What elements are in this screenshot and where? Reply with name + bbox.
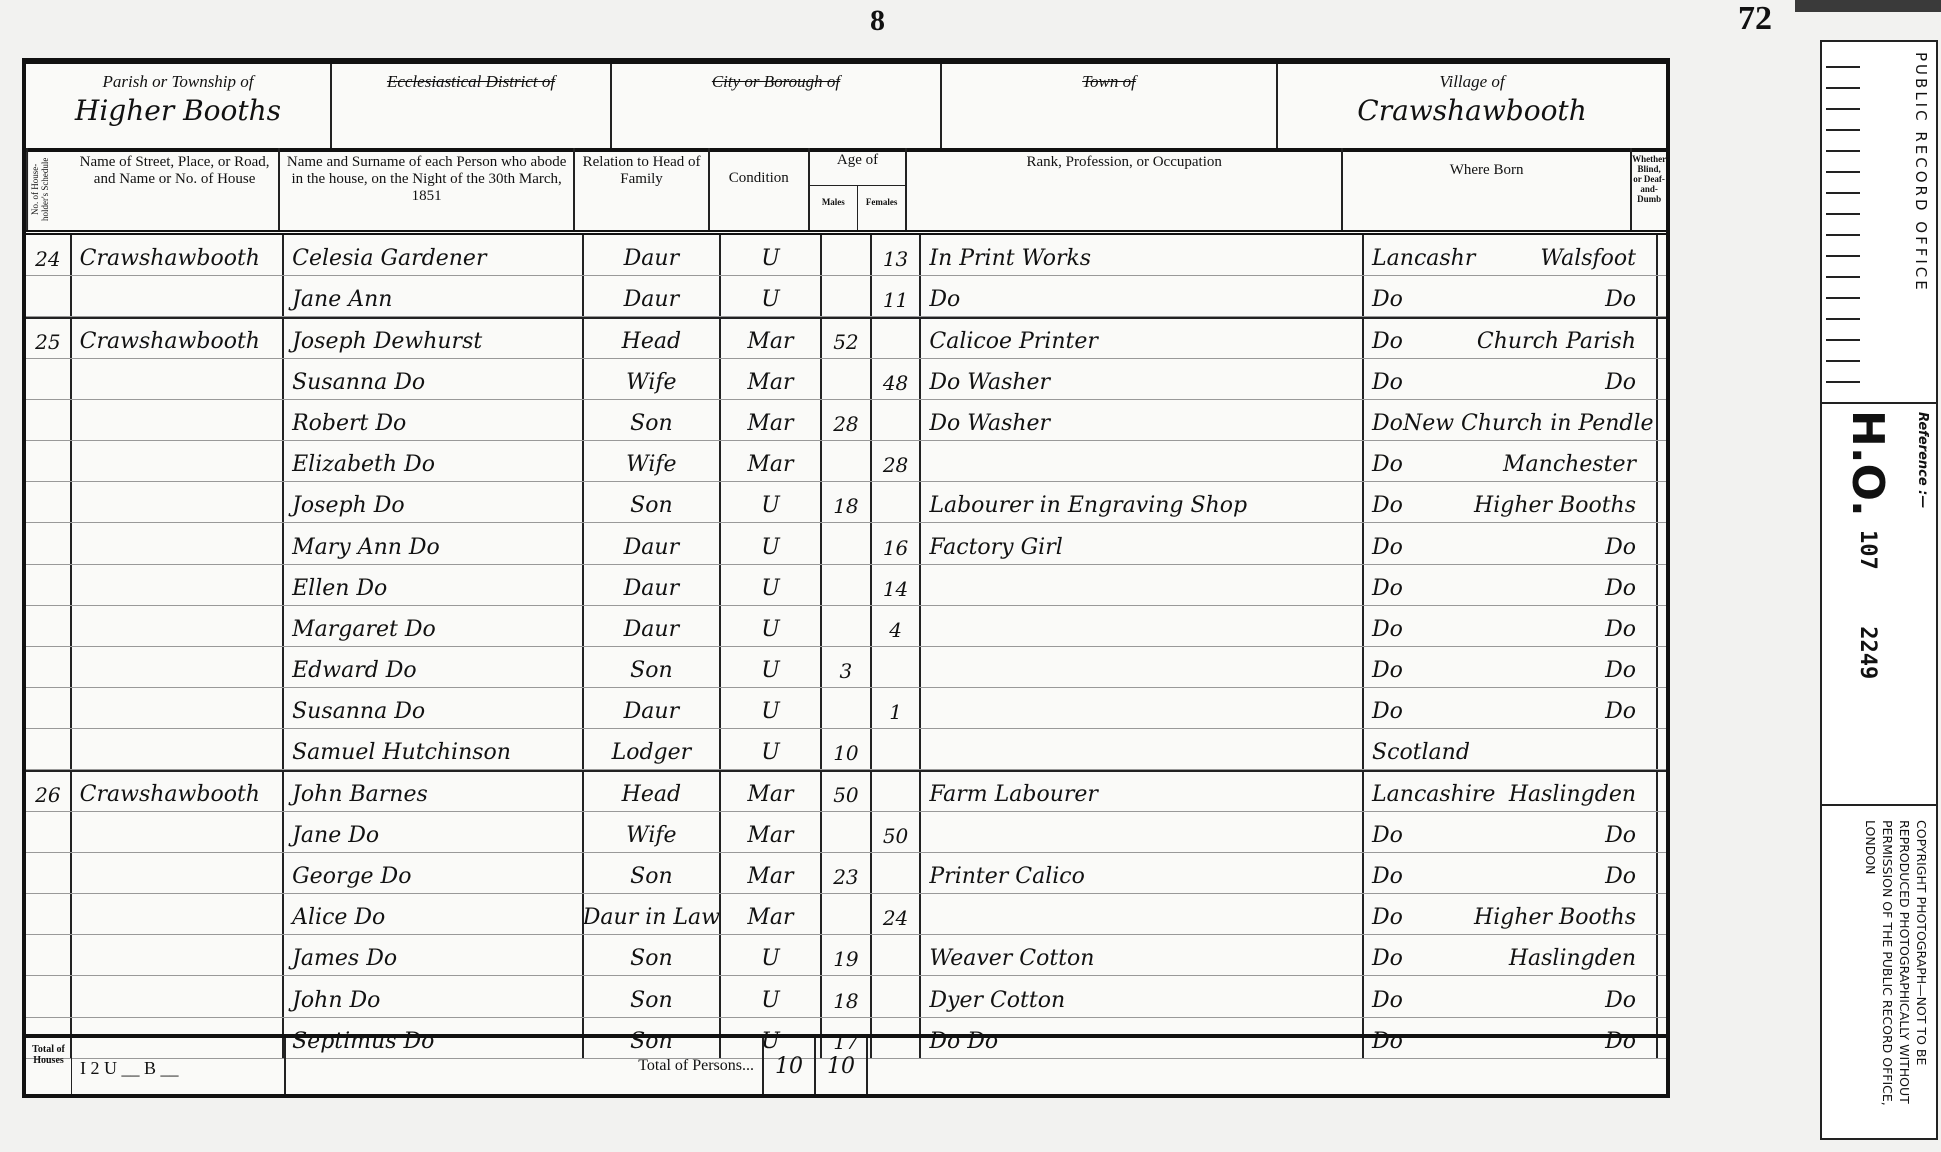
where-born: DoNew Church in Pendle [1364, 400, 1658, 440]
street-name [72, 359, 284, 399]
blind-deaf [1658, 729, 1666, 769]
blind-deaf [1658, 482, 1666, 522]
blind-deaf [1658, 606, 1666, 646]
female-age [872, 647, 922, 687]
occupation [921, 565, 1364, 605]
where-born: DoHigher Booths [1364, 482, 1658, 522]
col-males: Males [810, 186, 858, 230]
archive-reference-strip: PUBLIC RECORD OFFICE Reference :— H.O. 1… [1820, 40, 1938, 1140]
col-where-born: Where Born [1343, 148, 1632, 230]
occupation [921, 647, 1364, 687]
male-age [822, 565, 872, 605]
table-row: Edward DoSonU3DoDo [26, 647, 1666, 688]
occupation [921, 729, 1364, 769]
born-county: Do [1372, 535, 1403, 560]
occupation [921, 894, 1364, 934]
street-name [72, 729, 284, 769]
schedule-number [26, 894, 72, 934]
schedule-number [26, 729, 72, 769]
copyright-notice: COPYRIGHT PHOTOGRAPH—NOT TO BE REPRODUCE… [1828, 820, 1930, 1138]
where-born: DoDo [1364, 359, 1658, 399]
blind-deaf [1658, 688, 1666, 728]
relation: Daur [584, 565, 721, 605]
table-row: Jane DoWifeMar50DoDo [26, 812, 1666, 853]
where-born: DoDo [1364, 976, 1658, 1016]
born-place: Do [1605, 988, 1636, 1013]
relation: Daur [584, 276, 721, 316]
born-place: Do [1605, 864, 1636, 889]
table-row: Robert DoSonMar28Do WasherDoNew Church i… [26, 400, 1666, 441]
condition: U [721, 235, 822, 275]
col-age: Age of Males Females [810, 148, 908, 230]
female-age: 13 [872, 235, 922, 275]
occupation: Weaver Cotton [921, 935, 1364, 975]
location-header: Parish or Township of Higher Booths Eccl… [26, 64, 1666, 152]
archive-title: PUBLIC RECORD OFFICE [1912, 52, 1930, 293]
col-blind: Whether Blind, or Deaf-and-Dumb [1632, 148, 1666, 230]
blind-deaf [1658, 647, 1666, 687]
person-name: George Do [284, 853, 584, 893]
street-name [72, 565, 284, 605]
where-born: DoManchester [1364, 441, 1658, 481]
table-row: John DoSonU18Dyer CottonDoDo [26, 976, 1666, 1017]
street-name [72, 976, 284, 1016]
persons-label: Total of Persons... [638, 1057, 754, 1075]
reference-piece: 107 [1855, 530, 1880, 570]
col-relation: Relation to Head of Family [575, 148, 710, 230]
where-born: DoDo [1364, 688, 1658, 728]
condition: Mar [721, 772, 822, 810]
where-born: DoDo [1364, 606, 1658, 646]
where-born: DoDo [1364, 647, 1658, 687]
born-place: Do [1605, 287, 1636, 312]
table-row: Margaret DoDaurU4DoDo [26, 606, 1666, 647]
born-place: Haslingden [1509, 782, 1636, 807]
born-place: Haslingden [1509, 946, 1636, 971]
folio-number: 72 [1738, 0, 1772, 38]
occupation: Do Washer [921, 400, 1364, 440]
where-born: DoDo [1364, 853, 1658, 893]
where-born: DoDo [1364, 565, 1658, 605]
born-place: Do [1605, 617, 1636, 642]
male-age: 28 [822, 400, 872, 440]
census-sheet: Parish or Township of Higher Booths Eccl… [22, 58, 1670, 1098]
parish-cell: Parish or Township of Higher Booths [26, 64, 332, 148]
born-county: Do [1372, 699, 1403, 724]
street-name: Crawshawbooth [72, 319, 284, 357]
females-total: 10 [814, 1038, 866, 1094]
born-place: Higher Booths [1474, 493, 1636, 518]
born-place: Do [1605, 576, 1636, 601]
relation: Son [584, 976, 721, 1016]
female-age [872, 976, 922, 1016]
female-age [872, 935, 922, 975]
female-age: 24 [872, 894, 922, 934]
where-born: DoDo [1364, 276, 1658, 316]
condition: U [721, 523, 822, 563]
condition: Mar [721, 812, 822, 852]
table-row: 26CrawshawboothJohn BarnesHeadMar50Farm … [26, 770, 1666, 811]
page-number: 8 [870, 4, 885, 38]
schedule-number [26, 976, 72, 1016]
table-row: Susanna DoDaurU1DoDo [26, 688, 1666, 729]
village-label: Village of [1439, 72, 1504, 91]
where-born: LancashireHaslingden [1364, 772, 1658, 810]
col-street: Name of Street, Place, or Road, and Name… [71, 148, 280, 230]
houses-total: I 2 U __ B __ [72, 1038, 286, 1094]
condition: Mar [721, 400, 822, 440]
person-name: Susanna Do [284, 359, 584, 399]
condition: Mar [721, 319, 822, 357]
relation: Son [584, 853, 721, 893]
street-name [72, 812, 284, 852]
person-name: Ellen Do [284, 565, 584, 605]
blind-deaf [1658, 976, 1666, 1016]
reference-series: H.O. [1842, 410, 1893, 517]
schedule-number [26, 276, 72, 316]
street-name [72, 441, 284, 481]
born-county: Do [1372, 576, 1403, 601]
person-name: Joseph Dewhurst [284, 319, 584, 357]
person-name: Edward Do [284, 647, 584, 687]
relation: Lodger [584, 729, 721, 769]
col-age-label: Age of [810, 152, 906, 169]
street-name [72, 647, 284, 687]
occupation [921, 606, 1364, 646]
female-age: 11 [872, 276, 922, 316]
born-county: Do [1372, 823, 1403, 848]
blind-deaf [1658, 772, 1666, 810]
male-age: 23 [822, 853, 872, 893]
male-age [822, 606, 872, 646]
condition: U [721, 729, 822, 769]
condition: U [721, 606, 822, 646]
born-county: Do [1372, 452, 1403, 477]
female-age: 4 [872, 606, 922, 646]
street-name: Crawshawbooth [72, 772, 284, 810]
male-age [822, 441, 872, 481]
born-county: Lancashr [1372, 246, 1475, 271]
born-place: Do [1605, 370, 1636, 395]
born-place: Do [1605, 699, 1636, 724]
street-name [72, 523, 284, 563]
col-condition: Condition [710, 148, 810, 230]
parish-label: Parish or Township of [103, 72, 254, 91]
relation: Head [584, 772, 721, 810]
person-name: Robert Do [284, 400, 584, 440]
condition: Mar [721, 894, 822, 934]
female-age [872, 319, 922, 357]
table-row: George DoSonMar23Printer CalicoDoDo [26, 853, 1666, 894]
relation: Daur in Law [584, 894, 721, 934]
male-age: 18 [822, 976, 872, 1016]
born-county: Do [1372, 617, 1403, 642]
blind-deaf [1658, 235, 1666, 275]
born-county: Do [1372, 905, 1403, 930]
born-county: Do [1372, 988, 1403, 1013]
female-age: 14 [872, 565, 922, 605]
relation: Wife [584, 359, 721, 399]
born-place: Church Parish [1477, 329, 1636, 354]
born-place: Walsfoot [1540, 246, 1636, 271]
born-county: Scotland [1372, 740, 1470, 765]
houses-label: Total of Houses [26, 1038, 72, 1094]
reference-label: Reference :— [1915, 412, 1930, 508]
schedule-number [26, 565, 72, 605]
schedule-number [26, 812, 72, 852]
col-females: Females [858, 186, 905, 230]
schedule-number [26, 935, 72, 975]
condition: U [721, 976, 822, 1016]
street-name [72, 935, 284, 975]
relation: Daur [584, 688, 721, 728]
born-county: Do [1372, 658, 1403, 683]
born-place: Do [1605, 658, 1636, 683]
born-county: Lancashire [1372, 782, 1495, 807]
relation: Head [584, 319, 721, 357]
reference-box: Reference :— H.O. 107 2249 [1822, 404, 1936, 806]
female-age: 50 [872, 812, 922, 852]
female-age [872, 400, 922, 440]
occupation [921, 688, 1364, 728]
female-age: 16 [872, 523, 922, 563]
street-name: Crawshawbooth [72, 235, 284, 275]
where-born: DoDo [1364, 812, 1658, 852]
occupation: Dyer Cotton [921, 976, 1364, 1016]
female-age [872, 772, 922, 810]
person-name: Susanna Do [284, 688, 584, 728]
street-name [72, 853, 284, 893]
town-label: Town of [1082, 72, 1136, 91]
persons-total-label-cell: Total of Persons... [286, 1038, 762, 1094]
person-name: Margaret Do [284, 606, 584, 646]
street-name [72, 894, 284, 934]
schedule-number [26, 400, 72, 440]
schedule-number: 26 [26, 772, 72, 810]
blind-deaf [1658, 319, 1666, 357]
col-schedule: No. of House-holder's Schedule [26, 148, 71, 230]
born-place: New Church in Pendle [1403, 411, 1654, 436]
female-age: 1 [872, 688, 922, 728]
city-label: City or Borough of [712, 72, 840, 91]
males-total: 10 [762, 1038, 814, 1094]
person-name: Jane Do [284, 812, 584, 852]
table-row: Susanna DoWifeMar48Do WasherDoDo [26, 359, 1666, 400]
condition: Mar [721, 853, 822, 893]
col-name: Name and Surname of each Person who abod… [280, 148, 575, 230]
occupation: Printer Calico [921, 853, 1364, 893]
ruler-ticks [1826, 66, 1860, 386]
female-age: 28 [872, 441, 922, 481]
condition: U [721, 276, 822, 316]
born-county: Do [1372, 946, 1403, 971]
table-row: James DoSonU19Weaver CottonDoHaslingden [26, 935, 1666, 976]
male-age: 18 [822, 482, 872, 522]
occupation [921, 812, 1364, 852]
reference-number: 2249 [1855, 626, 1880, 679]
born-place: Do [1605, 823, 1636, 848]
table-row: 24CrawshawboothCelesia GardenerDaurU13In… [26, 235, 1666, 276]
schedule-number [26, 606, 72, 646]
relation: Son [584, 400, 721, 440]
born-county: Do [1372, 370, 1403, 395]
census-rows: 24CrawshawboothCelesia GardenerDaurU13In… [26, 235, 1666, 1059]
city-cell: City or Borough of [612, 64, 942, 148]
occupation: Farm Labourer [921, 772, 1364, 810]
occupation: In Print Works [921, 235, 1364, 275]
male-age: 19 [822, 935, 872, 975]
occupation: Do [921, 276, 1364, 316]
town-cell: Town of [942, 64, 1278, 148]
table-row: Alice DoDaur in LawMar24DoHigher Booths [26, 894, 1666, 935]
born-place: Manchester [1503, 452, 1636, 477]
condition: U [721, 482, 822, 522]
where-born: Scotland [1364, 729, 1658, 769]
schedule-number [26, 523, 72, 563]
reference-code: H.O. 107 2249 [1842, 410, 1893, 679]
male-age [822, 359, 872, 399]
occupation [921, 441, 1364, 481]
col-occupation: Rank, Profession, or Occupation [907, 148, 1343, 230]
person-name: Samuel Hutchinson [284, 729, 584, 769]
born-county: Do [1372, 493, 1403, 518]
female-age [872, 853, 922, 893]
where-born: DoHigher Booths [1364, 894, 1658, 934]
born-place: Do [1605, 535, 1636, 560]
relation: Son [584, 935, 721, 975]
relation: Wife [584, 812, 721, 852]
person-name: John Barnes [284, 772, 584, 810]
blind-deaf [1658, 359, 1666, 399]
person-name: Joseph Do [284, 482, 584, 522]
female-age: 48 [872, 359, 922, 399]
born-county: Do [1372, 287, 1403, 312]
condition: U [721, 935, 822, 975]
person-name: Mary Ann Do [284, 523, 584, 563]
male-age: 52 [822, 319, 872, 357]
condition: U [721, 565, 822, 605]
schedule-number [26, 359, 72, 399]
occupation: Factory Girl [921, 523, 1364, 563]
blind-deaf [1658, 565, 1666, 605]
village-value: Crawshawbooth [1278, 94, 1666, 127]
blind-deaf [1658, 935, 1666, 975]
female-age [872, 729, 922, 769]
condition: Mar [721, 359, 822, 399]
condition: U [721, 688, 822, 728]
where-born: LancashrWalsfoot [1364, 235, 1658, 275]
street-name [72, 482, 284, 522]
schedule-number: 25 [26, 319, 72, 357]
male-age: 10 [822, 729, 872, 769]
street-name [72, 688, 284, 728]
female-age [872, 482, 922, 522]
blind-deaf [1658, 853, 1666, 893]
scan-edge [1795, 0, 1941, 12]
person-name: Elizabeth Do [284, 441, 584, 481]
condition: Mar [721, 441, 822, 481]
where-born: DoDo [1364, 523, 1658, 563]
parish-value: Higher Booths [26, 94, 330, 127]
male-age [822, 894, 872, 934]
male-age: 3 [822, 647, 872, 687]
blind-deaf [1658, 523, 1666, 563]
male-age [822, 523, 872, 563]
table-row: Samuel HutchinsonLodgerU10Scotland [26, 729, 1666, 770]
relation: Son [584, 647, 721, 687]
table-row: Jane AnnDaurU11DoDoDo [26, 276, 1666, 317]
person-name: John Do [284, 976, 584, 1016]
schedule-number [26, 647, 72, 687]
schedule-number: 24 [26, 235, 72, 275]
male-age [822, 276, 872, 316]
blind-deaf [1658, 812, 1666, 852]
relation: Daur [584, 523, 721, 563]
blind-deaf [1658, 276, 1666, 316]
village-cell: Village of Crawshawbooth [1278, 64, 1666, 148]
male-age [822, 812, 872, 852]
relation: Son [584, 482, 721, 522]
schedule-number [26, 688, 72, 728]
occupation: Do Washer [921, 359, 1364, 399]
totals-row: Total of Houses I 2 U __ B __ Total of P… [26, 1034, 1666, 1094]
born-county: Do [1372, 329, 1403, 354]
born-place: Higher Booths [1474, 905, 1636, 930]
person-name: Jane Ann [284, 276, 584, 316]
blind-deaf [1658, 400, 1666, 440]
condition: U [721, 647, 822, 687]
table-row: 25CrawshawboothJoseph DewhurstHeadMar52C… [26, 317, 1666, 358]
born-county: Do [1372, 864, 1403, 889]
schedule-number [26, 441, 72, 481]
ecclesiastical-label: Ecclesiastical District of [387, 72, 555, 91]
relation: Wife [584, 441, 721, 481]
blind-deaf [1658, 894, 1666, 934]
male-age [822, 688, 872, 728]
table-row: Joseph DoSonU18Labourer in Engraving Sho… [26, 482, 1666, 523]
person-name: Celesia Gardener [284, 235, 584, 275]
relation: Daur [584, 235, 721, 275]
male-age: 50 [822, 772, 872, 810]
table-row: Mary Ann DoDaurU16Factory GirlDoDo [26, 523, 1666, 564]
person-name: James Do [284, 935, 584, 975]
blind-deaf [1658, 441, 1666, 481]
ecclesiastical-cell: Ecclesiastical District of [332, 64, 612, 148]
relation: Daur [584, 606, 721, 646]
scale-ruler: PUBLIC RECORD OFFICE [1822, 42, 1936, 404]
column-headers: No. of House-holder's Schedule Name of S… [26, 148, 1666, 235]
schedule-number [26, 482, 72, 522]
street-name [72, 606, 284, 646]
born-county: Do [1372, 411, 1403, 436]
street-name [72, 400, 284, 440]
where-born: DoChurch Parish [1364, 319, 1658, 357]
occupation: Labourer in Engraving Shop [921, 482, 1364, 522]
occupation: Calicoe Printer [921, 319, 1364, 357]
male-age [822, 235, 872, 275]
street-name [72, 276, 284, 316]
table-row: Ellen DoDaurU14DoDo [26, 565, 1666, 606]
person-name: Alice Do [284, 894, 584, 934]
where-born: DoHaslingden [1364, 935, 1658, 975]
table-row: Elizabeth DoWifeMar28DoManchester [26, 441, 1666, 482]
schedule-number [26, 853, 72, 893]
